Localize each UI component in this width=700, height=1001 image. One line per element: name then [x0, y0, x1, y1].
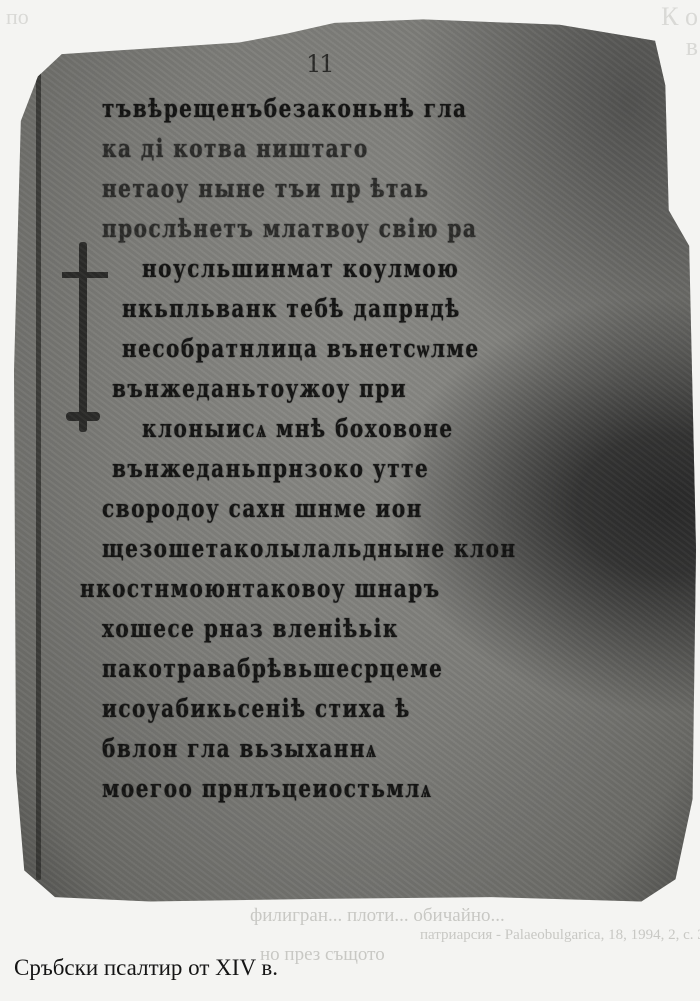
figure-caption: Сръбски псалтир от XIV в. — [14, 955, 278, 981]
manuscript-line: ка ді котва ништаго — [102, 123, 582, 173]
margin-ruling-line — [36, 62, 41, 880]
bleed-through-text-top-right: К о в — [658, 2, 698, 62]
manuscript-line: ноусльшинмат коулмою — [102, 243, 582, 293]
manuscript-line: исоуабикьсеніѣ стиха ѣ — [102, 683, 582, 733]
bleed-through-line: но през същото — [260, 944, 385, 966]
manuscript-line: моегоо прнлъцеиостьмлѧ — [102, 763, 582, 813]
bleed-through-text-top-left: по — [6, 4, 29, 30]
manuscript-line: хошесе рназ вленіѣьік — [102, 603, 582, 653]
manuscript-line: клоныисѧ мнѣ боховоне — [102, 403, 582, 453]
manuscript-line: вънжеданьтоужоу при — [102, 363, 582, 413]
bleed-through-line: филигран... плоти... обичайно... — [250, 905, 505, 927]
bleed-through-line: патриарсия - Palaeobulgarica, 18, 1994, … — [420, 927, 700, 944]
manuscript-line: пакотравабрѣвьшесрцеме — [102, 643, 582, 693]
manuscript-parchment: 11 тъвѣрещенъбезаконьнѣ гла ка ді котва … — [14, 14, 696, 906]
initial-stem — [79, 242, 87, 432]
manuscript-line: нетаоу ныне тъи пр ѣтаь — [102, 163, 582, 213]
initial-foot — [66, 412, 100, 421]
manuscript-line: несобратнлица вънетсѡлме — [102, 323, 582, 373]
initial-crossbar — [62, 272, 108, 278]
manuscript-line: щезошетаколылальдныне клон — [102, 523, 582, 573]
folio-number: 11 — [306, 50, 333, 78]
manuscript-line: свородоу сахн шнме ион — [102, 483, 582, 533]
manuscript-line: нкьпльванк тебѣ дапрндѣ — [102, 283, 582, 333]
manuscript-line: тъвѣрещенъбезаконьнѣ гла — [102, 83, 582, 133]
manuscript-line: прослѣнетъ млатвоу свію ра — [102, 203, 582, 253]
decorated-initial — [62, 242, 102, 432]
manuscript-text: тъвѣрещенъбезаконьнѣ гла ка ді котва ниш… — [102, 88, 582, 808]
manuscript-line: бвлон гла вьзыханнѧ — [102, 723, 582, 773]
manuscript-line: вънжеданьпрнзоко утте — [102, 443, 582, 493]
manuscript-line: нкостнмоюнтаковоу шнаръ — [80, 563, 582, 613]
